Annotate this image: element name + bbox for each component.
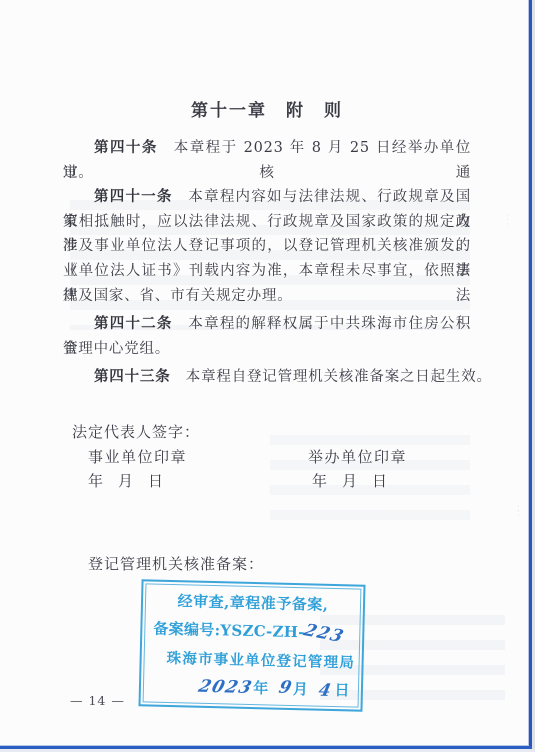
article-number: 第四十条 — [94, 139, 158, 156]
stamp-year-handwritten: 2023 — [196, 677, 255, 698]
stamp-day-label: 日 — [334, 681, 351, 699]
article-text: 规及国家、省、市有关规定办理。 — [63, 288, 293, 304]
article-line: 涉及事业单位法人登记事项的，以登记管理机关核准颁发的《事 — [63, 234, 471, 259]
article-line: 策相抵触时，应以法律法规、行政规章及国家政策的规定为准。 — [63, 210, 471, 235]
scanned-document-page: · · · · - · 第十一章 附 则 第四十条 本章程于 2023 年 8 … — [0, 0, 535, 752]
stamp-year-label: 年 — [253, 679, 270, 697]
article-text: 过。 — [63, 165, 94, 181]
article-line: 第四十一条 本章程内容如与法律法规、行政规章及国家政 — [63, 185, 471, 210]
date-field-left: 年 月 日 — [88, 470, 163, 491]
date-field-right: 年 月 日 — [312, 470, 387, 491]
document-body: 第四十条 本章程于 2023 年 8 月 25 日经举办单位审核通 过。 第四十… — [63, 136, 471, 390]
stamp-month-label: 月 — [293, 680, 310, 698]
stamp-date-line: 2023年 9月 4日 — [199, 676, 352, 701]
article-line: 第四十条 本章程于 2023 年 8 月 25 日经举办单位审核通 — [63, 136, 471, 161]
page-number: — 14 — — [70, 693, 125, 708]
article-number: 第四十三条 — [94, 368, 171, 385]
registration-authority-label: 登记管理机关核准备案： — [88, 553, 264, 574]
registration-approval-stamp: 经审查,章程准予备案, 备案编号:YSZC-ZH-223 珠海市事业单位登记管理… — [138, 579, 365, 711]
article-line: 管理中心党组。 — [63, 337, 471, 362]
scan-speck: · - · — [513, 505, 522, 545]
article-line: 业单位法人证书》刊载内容为准，本章程未尽事宜，依照法律法 — [63, 259, 471, 284]
chapter-title: 第十一章 附 则 — [63, 96, 471, 121]
sponsor-seal-label: 举办单位印章 — [308, 446, 407, 467]
article-line: 第四十三条 本章程自登记管理机关核准备案之日起生效。 — [63, 365, 471, 390]
article-number: 第四十一条 — [94, 188, 173, 205]
filing-number-prefix: 备案编号:YSZC-ZH- — [153, 620, 305, 642]
institution-seal-label: 事业单位印章 — [88, 446, 187, 467]
scan-speck: · · · — [502, 214, 511, 244]
article-line: 第四十二条 本章程的解释权属于中共珠海市住房公积金 — [63, 312, 471, 337]
article-text: 管理中心党组。 — [63, 341, 170, 357]
article-text: 本章程自登记管理机关核准备案之日起生效。 — [171, 369, 492, 385]
stamp-day-handwritten: 4 — [317, 681, 334, 701]
article-number: 第四十二条 — [94, 315, 173, 332]
legal-representative-signature-label: 法定代表人签字： — [72, 421, 200, 442]
